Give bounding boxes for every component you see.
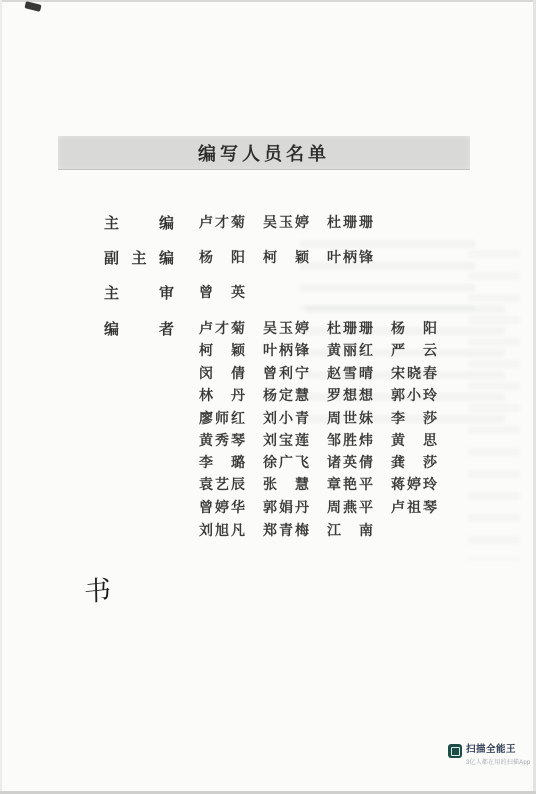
scan-edge-top (0, 0, 536, 2)
person-name: 罗想想 (327, 385, 391, 405)
person-name: 周燕平 (327, 497, 391, 517)
deputy-chief-editor-names: 杨 阳 柯 颖 叶柄锋 (199, 247, 391, 267)
scanned-page: 编写人员名单 主 编 卢才菊 吴玉婷 杜珊珊 副 主 编 杨 阳 柯 颖 叶柄锋… (0, 0, 536, 794)
person-name: 郭娟丹 (263, 497, 327, 517)
camscanner-watermark: 扫描全能王 3亿人都在用的扫描App (448, 744, 530, 766)
person-name: 吴玉婷 (263, 212, 327, 232)
title-bar: 编写人员名单 (58, 136, 470, 169)
person-name: 袁艺辰 (199, 474, 263, 494)
role-char: 审 (159, 282, 174, 303)
person-name: 廖师红 (199, 408, 263, 428)
role-char: 副 (104, 247, 119, 268)
section-deputy-chief-editor: 副 主 编 杨 阳 柯 颖 叶柄锋 (104, 247, 391, 268)
role-label-chief-reviewer: 主 审 (104, 282, 174, 303)
corner-ink-mark (24, 1, 41, 12)
person-name: 黄丽红 (327, 340, 391, 360)
person-name: 邹胜炜 (327, 430, 391, 450)
person-name: 龚 莎 (391, 452, 455, 472)
role-label-chief-editor: 主 编 (104, 212, 174, 233)
section-chief-editor: 主 编 卢才菊 吴玉婷 杜珊珊 (104, 212, 391, 233)
person-name: 叶柄锋 (327, 247, 391, 267)
editors-row-10: 刘旭凡 郑青梅 江 南 (199, 520, 391, 540)
person-name: 柯 颖 (263, 247, 327, 267)
person-name: 郑青梅 (263, 520, 327, 540)
person-name: 诸英倩 (327, 452, 391, 472)
role-label-deputy-chief-editor: 副 主 编 (104, 247, 174, 268)
person-name: 刘旭凡 (199, 520, 263, 540)
handwritten-mark: 书 (84, 568, 112, 610)
watermark-text-block: 扫描全能王 3亿人都在用的扫描App (466, 744, 530, 766)
person-name: 黄 思 (391, 430, 455, 450)
person-name: 杨 阳 (199, 247, 263, 267)
watermark-brand: 扫描全能王 (466, 744, 530, 755)
section-editors: 编 者 卢才菊 吴玉婷 杜珊珊 杨 阳 (104, 318, 455, 339)
person-name: 李 莎 (391, 408, 455, 428)
section-chief-reviewer: 主 审 曾 英 (104, 282, 263, 303)
person-name: 刘小青 (263, 408, 327, 428)
role-char: 主 (131, 247, 146, 268)
person-name: 蒋婷玲 (391, 474, 455, 494)
camscanner-app-icon (448, 744, 462, 758)
scan-edge-left (0, 0, 2, 794)
person-name: 刘宝莲 (263, 430, 327, 450)
editors-row-3: 闵 倩 曾利宁 赵雪晴 宋晓春 (199, 363, 455, 383)
role-char: 编 (104, 318, 119, 339)
person-name: 叶柄锋 (263, 340, 327, 360)
person-name: 黄秀琴 (199, 430, 263, 450)
editors-row-7: 李 璐 徐广飞 诸英倩 龚 莎 (199, 452, 455, 472)
role-char: 编 (159, 212, 174, 233)
person-name: 宋晓春 (391, 363, 455, 383)
person-name: 曾婷华 (199, 497, 263, 517)
watermark-tagline: 3亿人都在用的扫描App (466, 757, 530, 766)
person-name: 杨定慧 (263, 385, 327, 405)
editors-row-4: 林 丹 杨定慧 罗想想 郭小玲 (199, 385, 455, 405)
editors-row-1: 卢才菊 吴玉婷 杜珊珊 杨 阳 (199, 318, 455, 338)
role-char: 主 (104, 282, 119, 303)
person-name: 严 云 (391, 340, 455, 360)
person-name: 杜珊珊 (327, 318, 391, 338)
person-name: 杨 阳 (391, 318, 455, 338)
chief-editor-names: 卢才菊 吴玉婷 杜珊珊 (199, 212, 391, 232)
person-name: 李 璐 (199, 452, 263, 472)
person-name: 卢祖琴 (391, 497, 455, 517)
person-name: 柯 颖 (199, 340, 263, 360)
person-name: 吴玉婷 (263, 318, 327, 338)
role-label-editors: 编 者 (104, 318, 174, 339)
person-name: 徐广飞 (263, 452, 327, 472)
person-name: 曾利宁 (263, 363, 327, 383)
role-char: 编 (159, 247, 174, 268)
person-name: 闵 倩 (199, 363, 263, 383)
person-name: 杜珊珊 (327, 212, 391, 232)
person-name: 卢才菊 (199, 212, 263, 232)
role-char: 主 (104, 212, 119, 233)
person-name: 章艳平 (327, 474, 391, 494)
bleed-through-smudge (468, 250, 520, 560)
person-name: 曾 英 (199, 282, 263, 302)
person-name: 张 慧 (263, 474, 327, 494)
person-name: 郭小玲 (391, 385, 455, 405)
editors-row-8: 袁艺辰 张 慧 章艳平 蒋婷玲 (199, 474, 455, 494)
person-name: 赵雪晴 (327, 363, 391, 383)
editors-row-6: 黄秀琴 刘宝莲 邹胜炜 黄 思 (199, 430, 455, 450)
chief-reviewer-names: 曾 英 (199, 282, 263, 302)
person-name: 卢才菊 (199, 318, 263, 338)
editors-row-9: 曾婷华 郭娟丹 周燕平 卢祖琴 (199, 497, 455, 517)
scan-frame-icon (451, 747, 460, 756)
person-name: 江 南 (327, 520, 391, 540)
editors-row-2: 柯 颖 叶柄锋 黄丽红 严 云 (199, 340, 455, 360)
page-title: 编写人员名单 (198, 140, 330, 166)
role-char: 者 (159, 318, 174, 339)
person-name: 周世妹 (327, 408, 391, 428)
person-name: 林 丹 (199, 385, 263, 405)
editors-row-5: 廖师红 刘小青 周世妹 李 莎 (199, 408, 455, 428)
